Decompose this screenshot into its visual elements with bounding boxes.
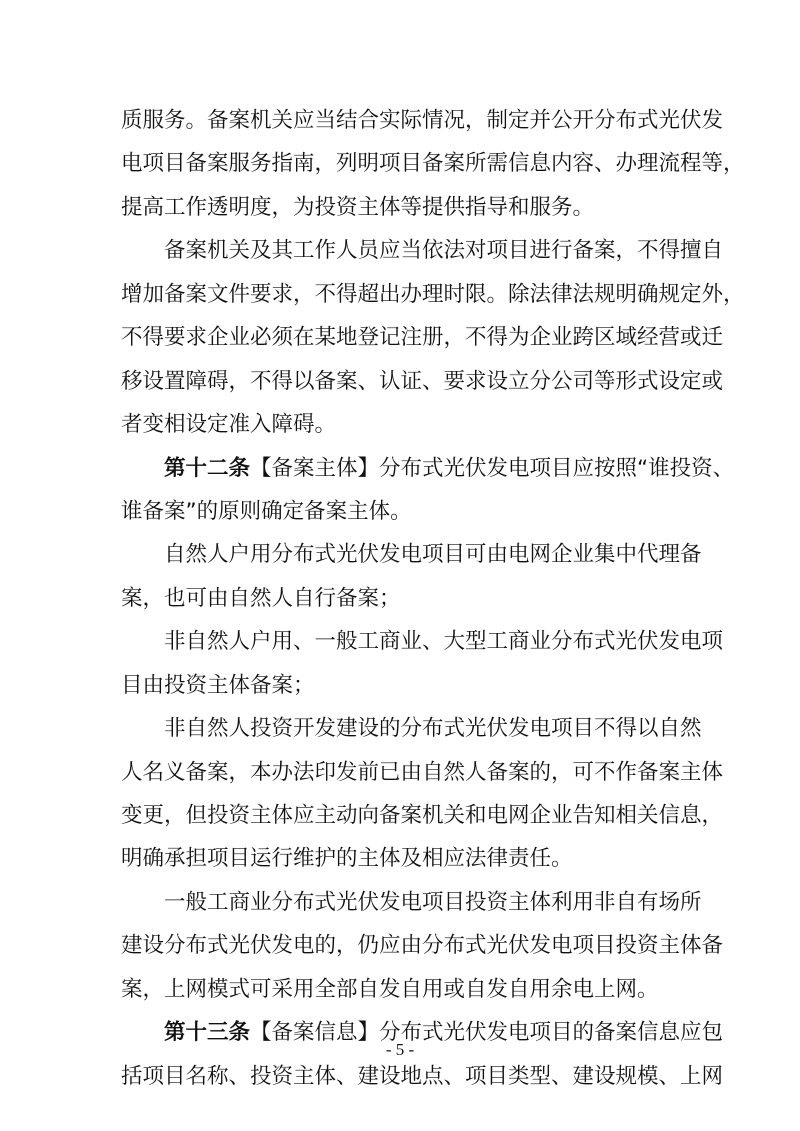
text-line: 目由投资主体备案；: [121, 664, 679, 707]
text-line: 非自然人投资开发建设的分布式光伏发电项目不得以自然: [121, 707, 679, 750]
text-line: 人名义备案，本办法印发前已由自然人备案的，可不作备案主体: [121, 751, 679, 794]
text-line: 自然人户用分布式光伏发电项目可由电网企业集中代理备: [121, 533, 679, 576]
article-12-number: 第十二条: [164, 456, 250, 481]
text-line: 建设分布式光伏发电的，仍应由分布式光伏发电项目投资主体备: [121, 924, 679, 967]
text-line: 变更，但投资主体应主动向备案机关和电网企业告知相关信息，: [121, 794, 679, 837]
body-text: 质服务。备案机关应当结合实际情况，制定并公开分布式光伏发 电项目备案服务指南，列…: [121, 99, 679, 1098]
text-line: 括项目名称、投资主体、建设地点、项目类型、建设规模、上网: [121, 1055, 679, 1098]
text-line: 移设置障碍，不得以备案、认证、要求设立分公司等形式设定或: [121, 360, 679, 403]
document-page: 质服务。备案机关应当结合实际情况，制定并公开分布式光伏发 电项目备案服务指南，列…: [0, 0, 800, 1131]
text-line: 者变相设定准入障碍。: [121, 403, 679, 446]
article-12-heading-line: 第十二条【备案主体】分布式光伏发电项目应按照“谁投资、: [121, 447, 679, 490]
text-line: 一般工商业分布式光伏发电项目投资主体利用非自有场所: [121, 881, 679, 924]
text-line: 电项目备案服务指南，列明项目备案所需信息内容、办理流程等，: [121, 142, 679, 185]
article-12-text: 【备案主体】分布式光伏发电项目应按照“谁投资、: [250, 456, 734, 481]
text-line: 提高工作透明度，为投资主体等提供指导和服务。: [121, 186, 679, 229]
text-line: 案，也可由自然人自行备案；: [121, 577, 679, 620]
text-line: 明确承担项目运行维护的主体及相应法律责任。: [121, 837, 679, 880]
page-number: - 5 -: [0, 1040, 800, 1060]
text-line: 备案机关及其工作人员应当依法对项目进行备案，不得擅自: [121, 229, 679, 272]
text-line: 增加备案文件要求，不得超出办理时限。除法律法规明确规定外，: [121, 273, 679, 316]
text-line: 谁备案”的原则确定备案主体。: [121, 490, 679, 533]
text-line: 不得要求企业必须在某地登记注册，不得为企业跨区域经营或迁: [121, 316, 679, 359]
text-line: 案，上网模式可采用全部自发自用或自发自用余电上网。: [121, 968, 679, 1011]
text-line: 质服务。备案机关应当结合实际情况，制定并公开分布式光伏发: [121, 99, 679, 142]
text-line: 非自然人户用、一般工商业、大型工商业分布式光伏发电项: [121, 620, 679, 663]
